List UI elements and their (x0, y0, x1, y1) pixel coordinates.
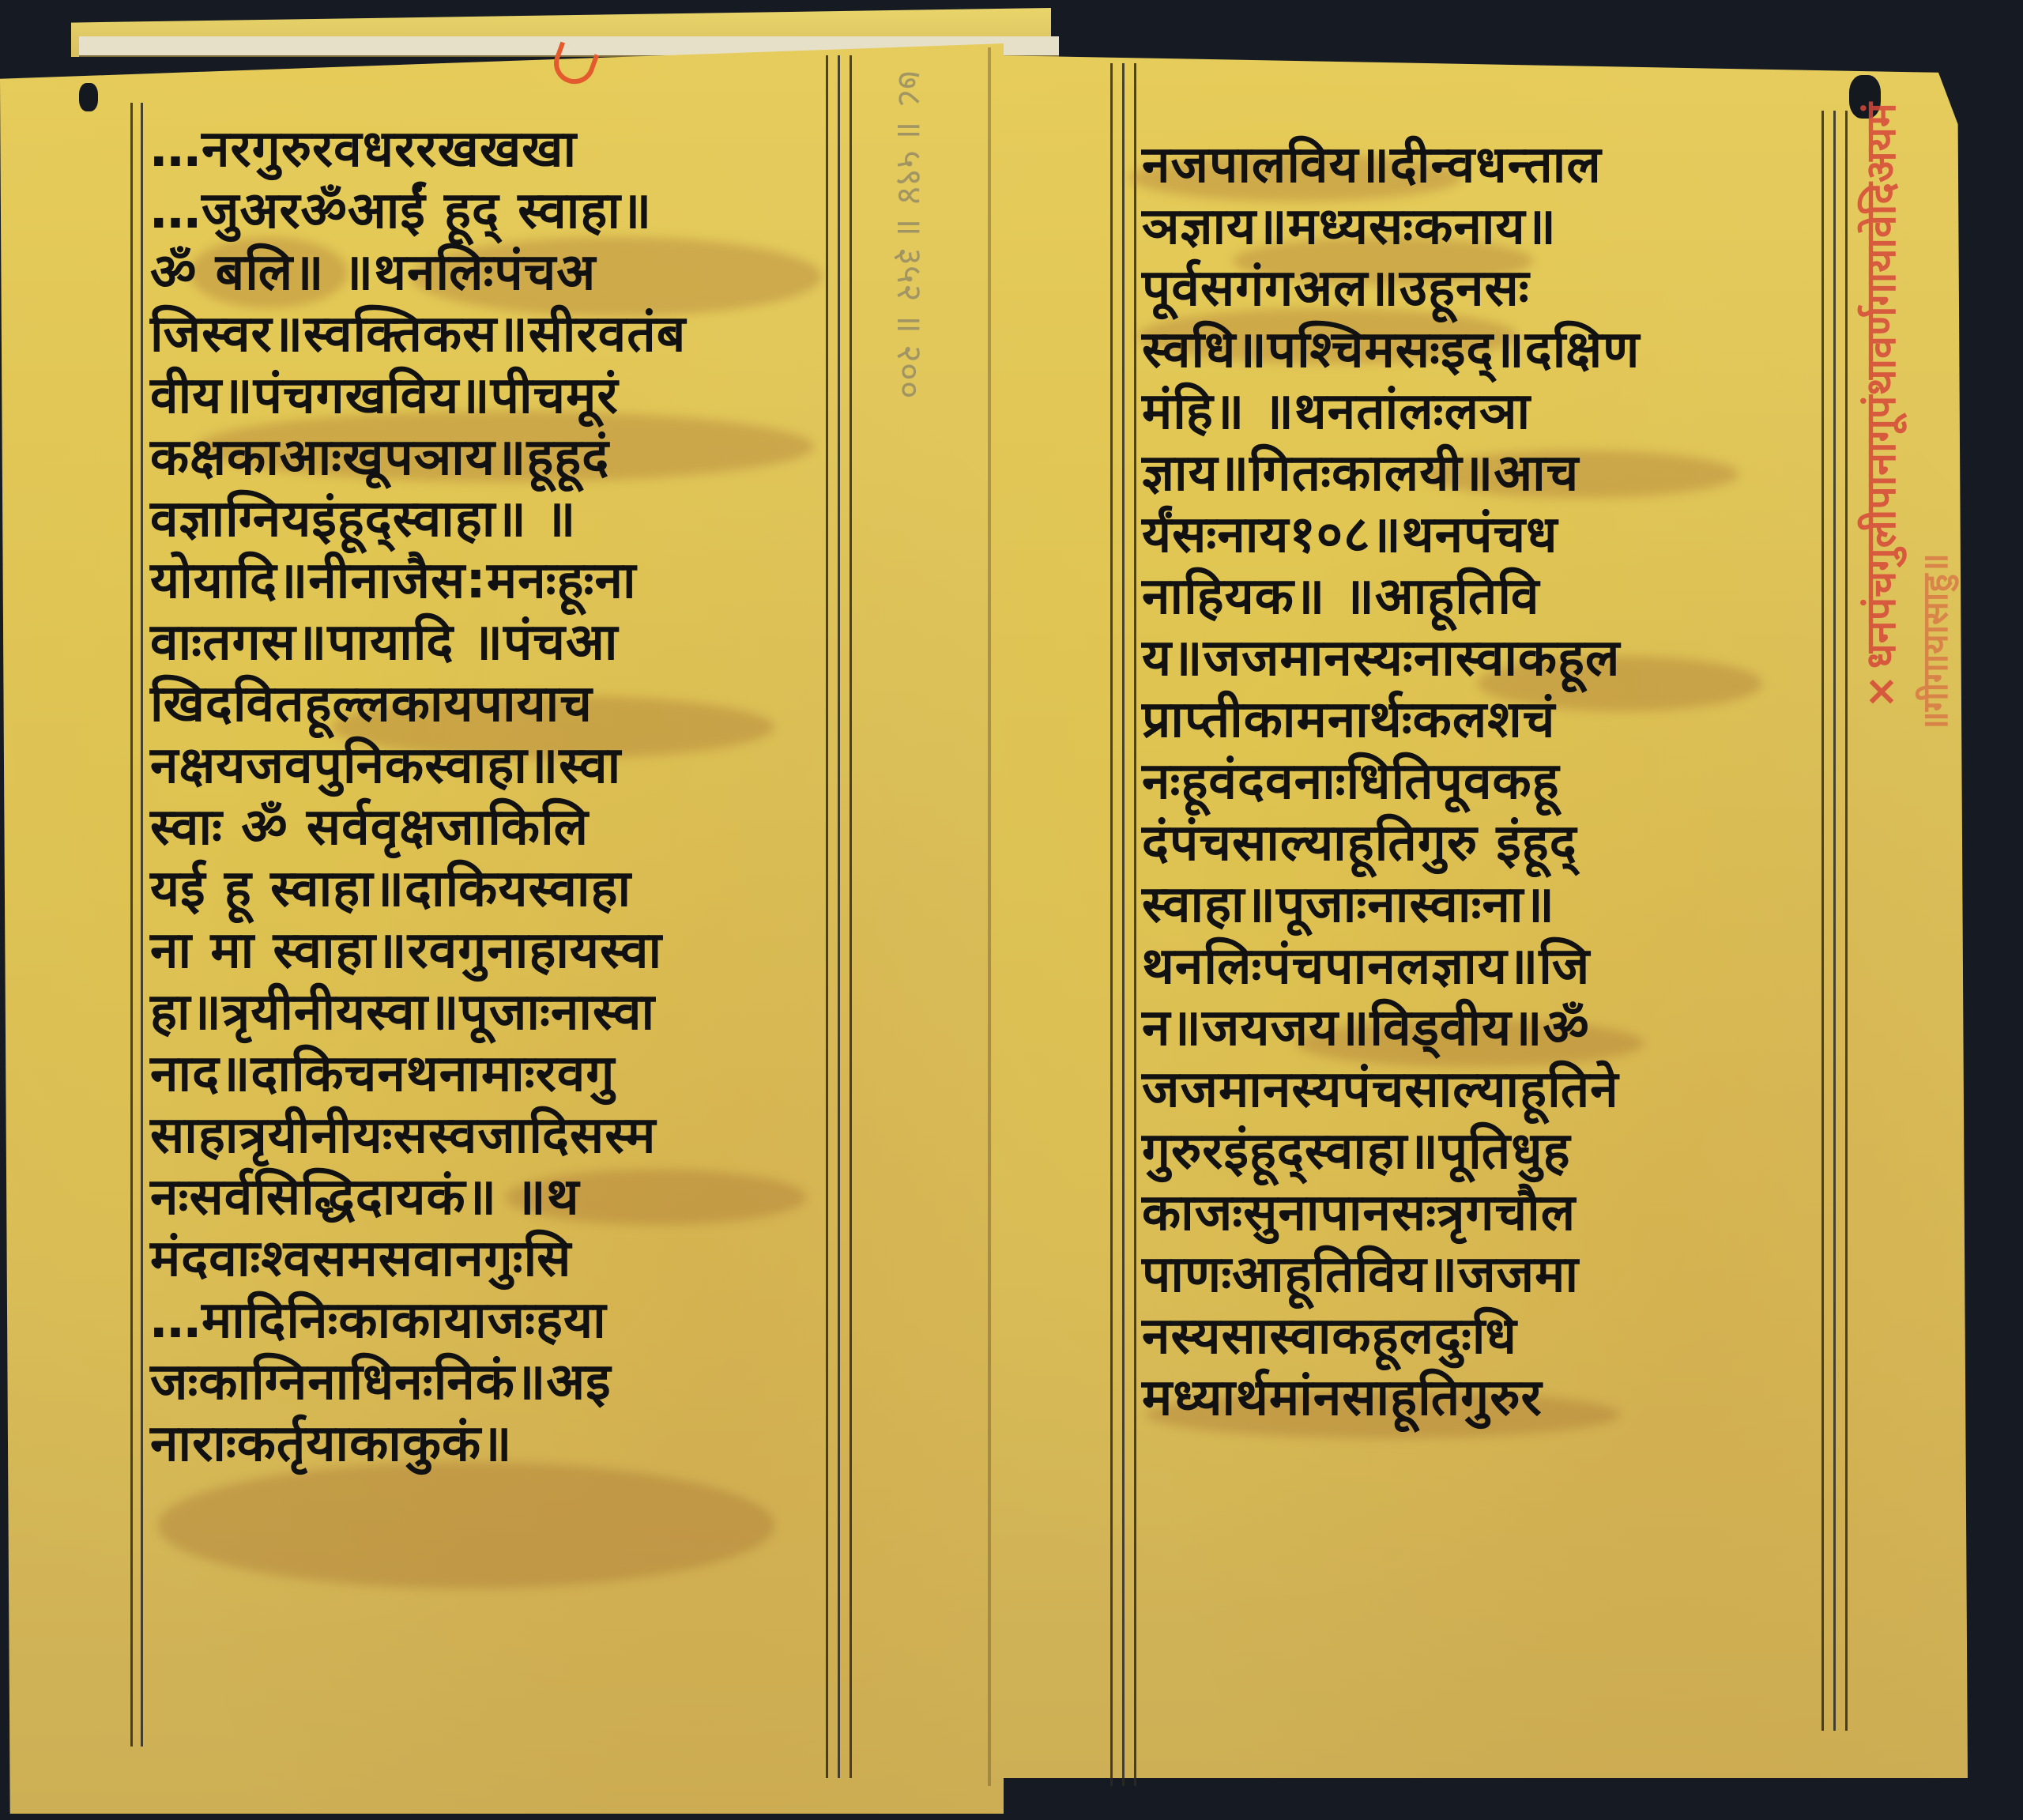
text-line: वाःतगस॥पायादि ॥पंचआ (150, 612, 686, 673)
gutter-fold (988, 47, 991, 1786)
left-margin-rule-2 (141, 103, 143, 1747)
text-line: जिस्वर॥स्वक्तिकस॥सीरवतंब (150, 303, 686, 365)
text-line: साहात्रृयीनीयःसस्वजादिसस्म (150, 1105, 686, 1166)
text-line: थनलिःपंचपानलज्ञाय॥जि (1142, 936, 1640, 997)
pencil-margin-note: ७८ ॥ ५९४ ॥ ३५२ ॥ २०० (885, 71, 932, 399)
text-line: खिदवितहूल्लकायपायाच (150, 673, 686, 735)
right-margin-rule (1821, 111, 1824, 1731)
text-line: जःकाग्निनाधिनःनिकं॥अइ (150, 1351, 686, 1413)
red-margin-annotation: ×धनपंचगुलीपानागूपंथावर्णगायावेदिअयमं (1853, 103, 1909, 716)
text-line: नःहूवंदवनाःधितिपूवकहू (1142, 751, 1640, 812)
right-margin-rule-2 (1833, 111, 1836, 1731)
text-line: मंदवाःश्वसमसवानगुःसि (150, 1228, 686, 1290)
left-margin-rule (1110, 63, 1113, 1786)
text-line: पाणःआहूतिविय॥जजमा (1142, 1244, 1640, 1306)
text-line: न॥जयजय॥विड्वीय॥ॐ (1142, 997, 1640, 1059)
stain (158, 1462, 774, 1588)
text-line: मंहि॥ ॥थनतांलःलञा (1142, 381, 1640, 443)
text-line: योयादि॥नीनाजैस:मनःहूःना (150, 550, 686, 612)
text-line: ज्ञाय॥गितःकालयी॥आच (1142, 443, 1640, 504)
text-line: स्वाः ॐ सर्ववृक्षजाकिलि (150, 797, 686, 858)
text-line: नाहियक॥ ॥आहूतिवि (1142, 566, 1640, 627)
left-margin-rule-2 (1122, 63, 1125, 1786)
text-line: य॥जजमानस्यःनास्वाकहूल (1142, 627, 1640, 689)
red-margin-annotation-faint: ॥गीगायासाहु॥ (1912, 553, 1960, 732)
right-margin-rule-3 (850, 55, 852, 1778)
text-line: हा॥त्रृयीनीयस्वा॥पूजाःनास्वा (150, 982, 686, 1043)
text-line: नःसर्वसिद्धिदायकं॥ ॥थ (150, 1166, 686, 1228)
text-line: यई हू स्वाहा॥दाकियस्वाहा (150, 858, 686, 920)
paper-hole (79, 83, 98, 111)
right-margin-rule-2 (838, 55, 840, 1778)
text-line: गुरुरइंहूद्स्वाहा॥पूतिधुह (1142, 1121, 1640, 1182)
text-line: र्यंसःनाय१०८॥थनपंचध (1142, 504, 1640, 566)
text-line: मध्यार्थमांनसाहूतिगुरुर (1142, 1367, 1640, 1429)
text-line: ञज्ञाय॥मध्यसःकनाय॥ (1142, 196, 1640, 258)
right-folio-text: नजपालविय॥दीन्वधन्ताल ञज्ञाय॥मध्यसःकनाय॥ … (1142, 134, 1640, 1429)
text-line: काजःसुनापानसःत्रृगचौल (1142, 1182, 1640, 1244)
text-line: स्वधि॥पश्चिमसःइद्॥दक्षिण (1142, 319, 1640, 381)
text-line: ॐ बलि॥ ॥थनलिःपंचअ (150, 242, 686, 303)
left-folio-text: …नरगुरुरवधररखखखा …जुअरॐआईं हूद् स्वाहा॥ … (150, 119, 686, 1475)
text-line: वज्ञाग्नियइंहूद्स्वाहा॥ ॥ (150, 488, 686, 550)
right-margin-rule (826, 55, 828, 1778)
left-margin-rule (130, 103, 133, 1747)
text-line: नाद॥दाकिचनथनामाःरवगु (150, 1043, 686, 1105)
text-line: पूर्वसगंगअल॥उहूनसः (1142, 258, 1640, 319)
text-line: प्राप्तीकामनार्थःकलशचं (1142, 689, 1640, 751)
text-line: नाराःकर्तृयाकाकुकं॥ (150, 1413, 686, 1475)
text-line: …जुअरॐआईं हूद् स्वाहा॥ (150, 180, 686, 242)
text-line: ना मा स्वाहा॥रवगुनाहायस्वा (150, 920, 686, 982)
right-margin-rule-3 (1845, 111, 1848, 1731)
left-margin-rule-3 (1134, 63, 1136, 1786)
text-line: जजमानस्यपंचसाल्याहूतिने (1142, 1059, 1640, 1121)
text-line: स्वाहा॥पूजाःनास्वाःना॥ (1142, 874, 1640, 936)
text-line: कक्षकाआःखूपञाय॥हूहूदं (150, 427, 686, 488)
text-line: नस्यसास्वाकहूलदुःधि (1142, 1306, 1640, 1367)
text-line: …मादिनिःकाकायाजःहया (150, 1290, 686, 1351)
text-line: नजपालविय॥दीन्वधन्ताल (1142, 134, 1640, 196)
text-line: दंपंचसाल्याहूतिगुरु इंहूद् (1142, 812, 1640, 874)
text-line: नक्षयजवपुनिकस्वाहा॥स्वा (150, 735, 686, 797)
text-line: …नरगुरुरवधररखखखा (150, 119, 686, 180)
text-line: वीय॥पंचगखविय॥पीचमूरं (150, 365, 686, 427)
